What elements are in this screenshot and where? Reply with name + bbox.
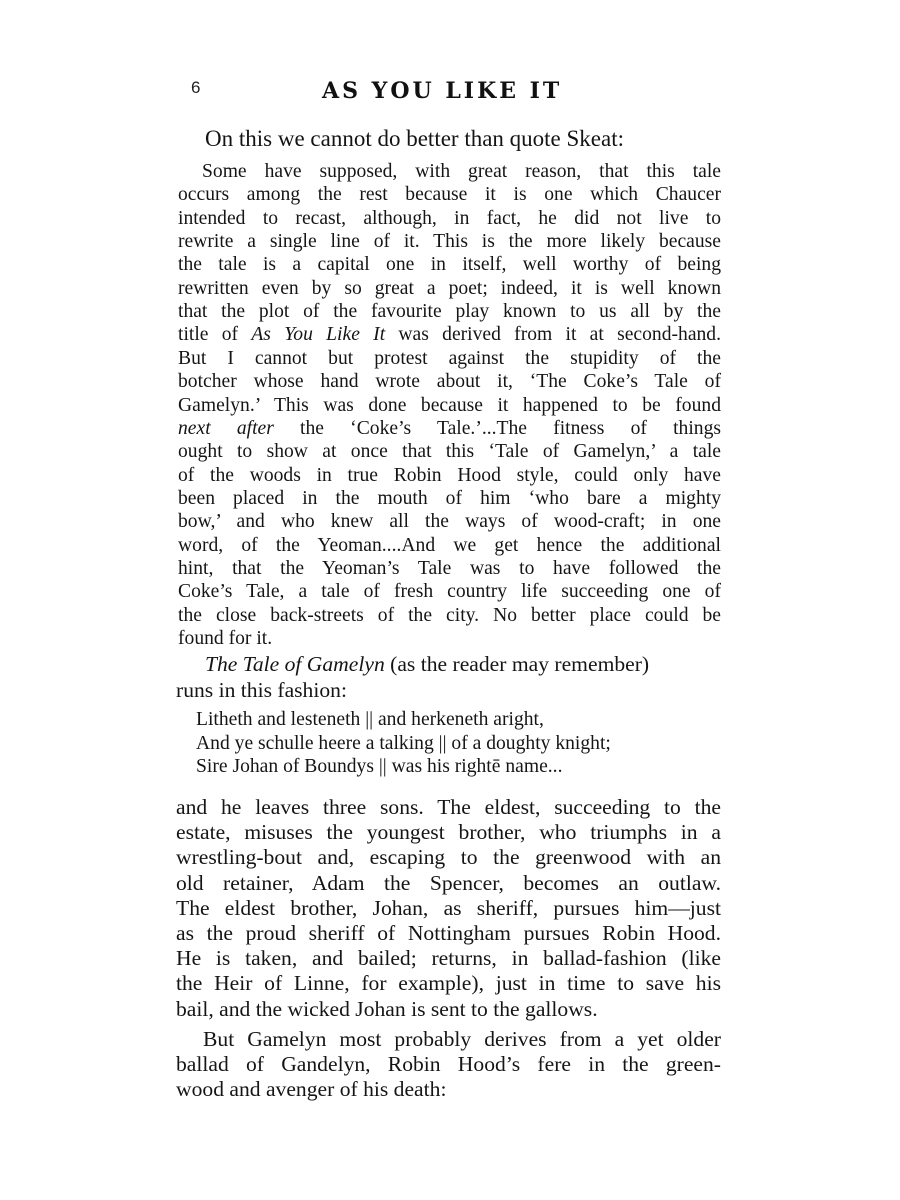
quote-line: the tale is a capital one in itself, wel… [178,254,721,276]
quote-line: ought to show at once that this ‘Tale of… [178,441,721,463]
quote-line: title of As You Like It was derived from… [178,324,721,346]
quote-line: found for it. [178,628,721,650]
body-line: old retainer, Adam the Spencer, becomes … [176,871,721,896]
running-head: AS YOU LIKE IT [322,78,562,104]
quote-line: bow,’ and who knew all the ways of wood-… [178,511,721,533]
quote-line: the close back-streets of the city. No b… [178,605,721,627]
quote-line: Gamelyn.’ This was done because it happe… [178,395,721,417]
quote-line: Coke’s Tale, a tale of fresh country lif… [178,581,721,603]
quote-line: Some have supposed, with great reason, t… [202,161,721,183]
quote-line: word, of the Yeoman....And we get hence … [178,535,721,557]
body-line: the Heir of Linne, for example), just in… [176,971,721,996]
intro-line: On this we cannot do better than quote S… [205,126,624,152]
final-line: But Gamelyn most probably derives from a… [203,1027,721,1052]
body-line: estate, misuses the youngest brother, wh… [176,820,721,845]
text-segment: was derived from it at second-hand. [385,324,721,345]
body-line: wrestling-bout and, escaping to the gree… [176,845,721,870]
gamelyn-title: The Tale of Gamelyn [205,652,385,676]
gamelyn-intro-rest: (as the reader may remember) [385,652,649,676]
book-page: 6 AS YOU LIKE IT On this we cannot do be… [0,0,900,1200]
body-line: bail, and the wicked Johan is sent to th… [176,997,721,1022]
gamelyn-intro-line-1: The Tale of Gamelyn (as the reader may r… [205,652,723,677]
final-line: wood and avenger of his death: [176,1077,721,1102]
quote-line: that the plot of the favourite play know… [178,301,721,323]
quote-line: of the woods in true Robin Hood style, c… [178,465,721,487]
quote-line: next after the ‘Coke’s Tale.’...The fitn… [178,418,721,440]
italic-title: As You Like It [251,324,385,345]
text-segment: the ‘Coke’s Tale.’...The fitness of thin… [274,418,721,439]
verse-line: Sire Johan of Boundys || was his rightē … [196,756,562,778]
body-line: The eldest brother, Johan, as sheriff, p… [176,896,721,921]
quote-line: botcher whose hand wrote about it, ‘The … [178,371,721,393]
final-line: ballad of Gandelyn, Robin Hood’s fere in… [176,1052,721,1077]
quote-line: rewrite a single line of it. This is the… [178,231,721,253]
quote-line: intended to recast, although, in fact, h… [178,208,721,230]
verse-line: And ye schulle heere a talking || of a d… [196,733,611,755]
body-line: He is taken, and bailed; returns, in bal… [176,946,721,971]
gamelyn-intro-line-2: runs in this fashion: [176,678,347,703]
quote-line: occurs among the rest because it is one … [178,184,721,206]
quote-line: hint, that the Yeoman’s Tale was to have… [178,558,721,580]
page-number: 6 [191,78,200,98]
quote-line: But I cannot but protest against the stu… [178,348,721,370]
body-line: and he leaves three sons. The eldest, su… [176,795,721,820]
body-line: as the proud sheriff of Nottingham pursu… [176,921,721,946]
verse-line: Litheth and lesteneth || and herkeneth a… [196,709,544,731]
italic-title: next after [178,418,274,439]
text-segment: title of [178,324,251,345]
quote-line: rewritten even by so great a poet; indee… [178,278,721,300]
quote-line: been placed in the mouth of him ‘who bar… [178,488,721,510]
